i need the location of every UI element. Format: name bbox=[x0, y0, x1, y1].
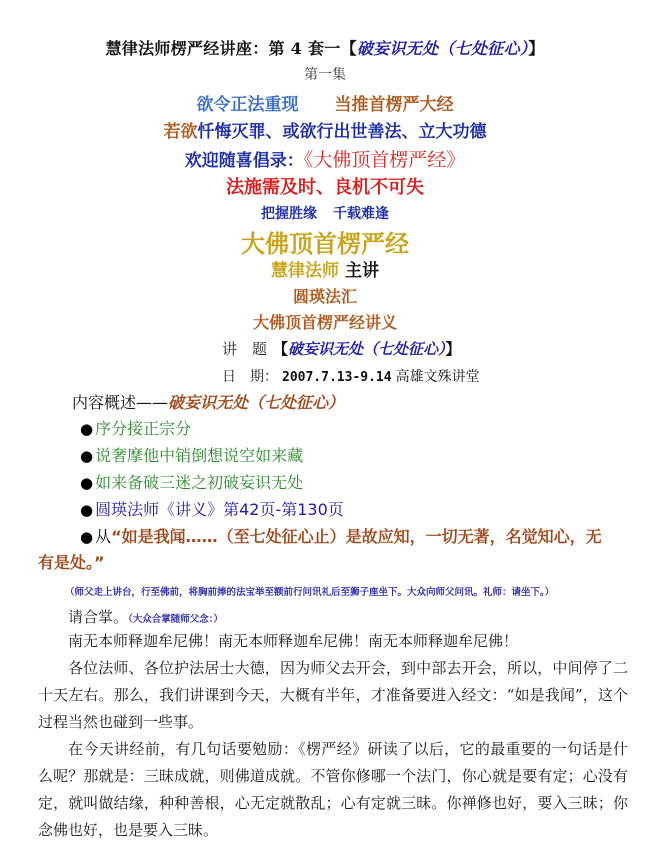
banner-2-lead: 若欲 bbox=[164, 122, 198, 142]
bullet-dot-icon: ● bbox=[80, 501, 93, 519]
episode-label: 第一集 bbox=[0, 64, 650, 84]
body-paragraph: 在今天讲经前，有几句话要勉励：《楞严经》研读了以后，它的最重要的一句话是什么呢？… bbox=[38, 736, 628, 844]
banner-line-1: 欲令正法重现当推首楞严大经 bbox=[0, 90, 650, 115]
body-paragraph: 各位法师、各位护法居士大德，因为师父去开会，到中部去开会，所以，中间停了二十天左… bbox=[38, 655, 628, 736]
banner-1-left: 欲令正法重现 bbox=[197, 95, 299, 115]
topic-value: 破妄识无处（七处征心） bbox=[288, 340, 446, 358]
lecturer-line: 慧律法师主讲 bbox=[0, 256, 650, 281]
quote-line-1: “如是我闻……（至七处征心止）是故应知，一切无著，名觉知心，无 bbox=[111, 527, 602, 546]
banner-3-lead: 欢迎随喜倡录： bbox=[185, 151, 304, 171]
namo-recitation: 南无本师释迦牟尼佛！南无本师释迦牟尼佛！南无本师释迦牟尼佛！ bbox=[68, 628, 628, 655]
title-suffix: 】 bbox=[528, 39, 544, 58]
topic-bracket-close: 】 bbox=[446, 340, 461, 358]
banner-line-4: 法施需及时、良机不可失 bbox=[0, 173, 650, 199]
lecturer-name: 慧律法师 bbox=[271, 261, 339, 281]
overview-value: 破妄识无处（七处征心） bbox=[168, 393, 344, 412]
title-prefix: 慧律法师楞严经讲座：第 4 套一【 bbox=[106, 39, 357, 58]
document-title: 慧律法师楞严经讲座：第 4 套一【破妄识无处（七处征心）】 bbox=[0, 36, 650, 59]
bullet-dot-icon: ● bbox=[80, 474, 93, 492]
banner-1-right: 当推首楞严大经 bbox=[335, 95, 454, 115]
banner-line-3: 欢迎随喜倡录：《大佛顶首楞严经》 bbox=[0, 145, 650, 172]
bullet-text: 说奢摩他中销倒想说空如来藏 bbox=[95, 446, 303, 465]
overview-bullet: ●如来备破三迷之初破妄识无处 bbox=[80, 470, 303, 493]
banner-line-2: 若欲忏悔灭罪、或欲行出世善法、立大功德 bbox=[0, 117, 650, 142]
overview-bullet: ●说奢摩他中销倒想说空如来藏 bbox=[80, 443, 303, 466]
topic-bracket-open: 【 bbox=[273, 340, 288, 358]
bullet-dot-icon: ● bbox=[80, 447, 93, 465]
banner-2-rest: 忏悔灭罪、或欲行出世善法、立大功德 bbox=[198, 122, 487, 142]
lecture-topic-row: 讲 题【破妄识无处（七处征心）】 bbox=[222, 338, 461, 359]
overview-bullet: ●圆瑛法师《讲义》第42页-第130页 bbox=[80, 497, 344, 520]
commentary-title: 大佛顶首楞严经讲义 bbox=[0, 310, 650, 333]
compiler-line: 圆瑛法汇 bbox=[0, 284, 650, 307]
overview-bullet: ●序分接正宗分 bbox=[80, 416, 191, 439]
date-value: 2007.7.13-9.14 bbox=[282, 370, 392, 385]
content-overview: 内容概述——破妄识无处（七处征心） bbox=[72, 390, 344, 413]
palms-line: 请合掌。（大众合掌随师父念：） bbox=[68, 606, 223, 627]
palms-text: 请合掌。 bbox=[68, 608, 128, 626]
date-label: 日 期： bbox=[222, 369, 278, 385]
date-location: 高雄文殊讲堂 bbox=[396, 369, 480, 385]
banner-line-5: 把握胜缘千载难逢 bbox=[0, 203, 650, 223]
bullet-text: 如来备破三迷之初破妄识无处 bbox=[95, 473, 303, 492]
bullet-dot-icon: ● bbox=[80, 420, 93, 438]
topic-label: 讲 题 bbox=[222, 340, 267, 358]
lecturer-role: 主讲 bbox=[345, 261, 379, 281]
title-topic: 破妄识无处（七处征心） bbox=[357, 39, 528, 58]
stage-direction-note: （师父走上讲台，行至佛前，将胸前捧的法宝举至额前行问讯礼后至狮子座坐下。大众向师… bbox=[65, 584, 554, 598]
bullet-dot-icon: ● bbox=[80, 528, 93, 546]
date-row: 日 期：2007.7.13-9.14高雄文殊讲堂 bbox=[222, 366, 480, 386]
sutra-title: 大佛顶首楞严经 bbox=[0, 224, 650, 259]
quote-lead: 从 bbox=[95, 527, 111, 546]
palms-note: （大众合掌随师父念：） bbox=[128, 614, 223, 625]
banner-3-book: 《大佛顶首楞严经》 bbox=[304, 149, 466, 171]
quote-bullet: ●从“如是我闻……（至七处征心止）是故应知，一切无著，名觉知心，无 bbox=[80, 524, 625, 550]
banner-5-right: 千载难逢 bbox=[333, 206, 389, 222]
bullet-text: 序分接正宗分 bbox=[95, 419, 191, 438]
overview-label: 内容概述—— bbox=[72, 393, 168, 412]
banner-5-left: 把握胜缘 bbox=[261, 206, 317, 222]
bullet-text: 圆瑛法师《讲义》第42页-第130页 bbox=[95, 500, 344, 519]
quote-line-2: 有是处。” bbox=[38, 550, 105, 573]
document-page: 慧律法师楞严经讲座：第 4 套一【破妄识无处（七处征心）】 第一集 欲令正法重现… bbox=[0, 0, 650, 850]
